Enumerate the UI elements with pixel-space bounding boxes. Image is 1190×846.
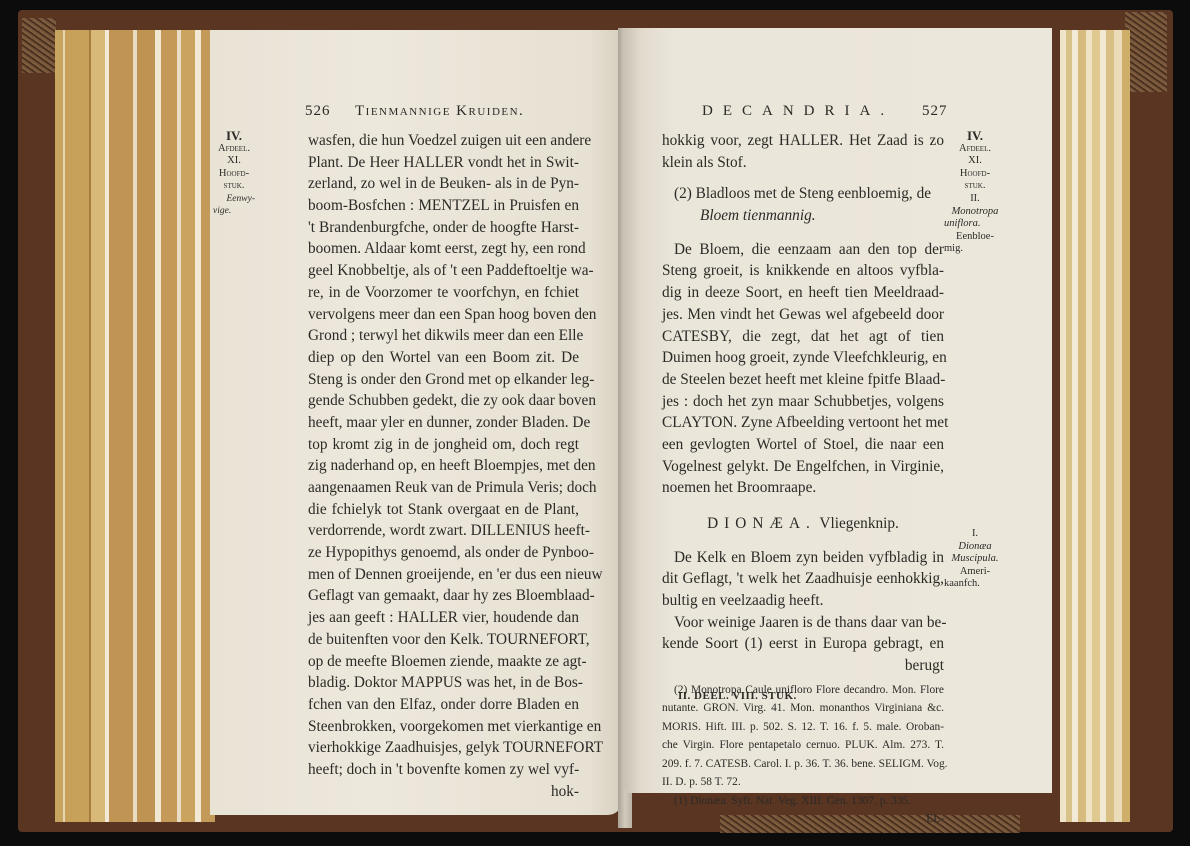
right-body-text: hokkig voor, zegt HALLER. Het Zaad is zo… (662, 130, 944, 829)
text-line: zig naderhand op, en heeft Bloempjes, me… (308, 455, 579, 477)
footnote-1: (1) Dionæa. Syft. Nat. Veg. XIII. Gen. 1… (662, 792, 944, 811)
margin-species: Eenwy- (213, 193, 255, 206)
text-line: een gevlogten Wortel of Stoel, die naar … (662, 434, 944, 456)
worn-cover-corner-top-right (1125, 12, 1167, 92)
text-line: diep op den Wortel van een Boom zit. De (308, 347, 579, 369)
text-line: boomen. Aldaar komt eerst, zegt hy, een … (308, 238, 579, 260)
genus-heading: DIONÆA. Vliegenknip. (662, 513, 944, 535)
text-line: wasfen, die hun Voedzel zuigen uit een a… (308, 130, 579, 152)
text-line: ze Hypopithys genoemd, als onder de Pynb… (308, 542, 579, 564)
text-line: Geflagt van gemaakt, daar hy zes Bloembl… (308, 585, 579, 607)
catchword: hok- (308, 781, 579, 803)
text-line: gende Schubben gedekt, die zy ook daar b… (308, 390, 579, 412)
text-line: de buitenften voor den Kelk. TOURNEFORT, (308, 629, 579, 651)
text-line: de Steelen bezet heeft met kleine fpitfe… (662, 369, 944, 391)
footnote-line: II. D. p. 58 T. 72. (662, 773, 944, 792)
margin-species-epithet: Muscipula. (944, 553, 1006, 566)
text-line: CLAYTON. Zyne Afbeelding vertoont het me… (662, 412, 944, 434)
margin-species-number: I. (944, 528, 1006, 541)
left-body-text: wasfen, die hun Voedzel zuigen uit een a… (308, 130, 579, 802)
margin-division: Afdeel. (213, 143, 255, 156)
text-line: Steng is onder den Grond met op elkander… (308, 369, 579, 391)
text-line: bladig. Doktor MAPPUS was het, in de Bos… (308, 672, 579, 694)
text-line: top kromt zig in de jongheid om, doch re… (308, 434, 579, 456)
margin-species-genus: Monotropa (944, 206, 1006, 219)
footnote-line: 209. f. 7. CATESB. Carol. I. p. 36. T. 3… (662, 755, 944, 774)
catchword: EL- (662, 810, 944, 829)
text-line: zerland, zo wel in de Beuken- als in de … (308, 173, 579, 195)
text-line: dit Geflagt, 't welk het Zaadhuisje eenh… (662, 568, 944, 590)
text-line: De Bloem, die eenzaam aan den top der (662, 239, 944, 261)
text-line: kende Soort (1) eerst in Europa gebragt,… (662, 633, 944, 655)
right-margin-note-species: II. Monotropa uniflora. Eenbloe- mig. (944, 193, 1006, 256)
left-margin-note: IV. Afdeel. XI. Hoofd- stuk. Eenwy- vige… (213, 130, 255, 218)
text-line: geel Knobbeltje, als of 't een Paddeftoe… (308, 260, 579, 282)
text-line: boom-Bosfchen : MENTZEL in Pruisfen en (308, 195, 579, 217)
margin-chapter-number: XI. (944, 155, 1006, 168)
text-line: fchen van den Elfaz, onder dorre Bladen … (308, 694, 579, 716)
worn-cover-corner-top-left (22, 18, 56, 73)
text-line: 't Brandenburgfche, onder de hoogfte Har… (308, 217, 579, 239)
text-line: bultig en veelzaadig heeft. (662, 590, 944, 612)
margin-species-cont: vige. (213, 205, 255, 218)
genus-name: DIONÆA. (707, 515, 816, 532)
text-line: CATESBY, die zegt, dat het agt of tien (662, 326, 944, 348)
text-line: dig in deeze Soort, en heeft tien Meeldr… (662, 282, 944, 304)
right-running-head: DECANDRIA. (702, 103, 894, 120)
species-heading: (2) Bladloos met de Steng eenbloemig, de (662, 183, 944, 205)
left-page-number: 526 (305, 103, 331, 120)
text-line: op de meefte Bloemen ziende, maakte ze a… (308, 651, 579, 673)
left-running-head: Tienmannige Kruiden. (355, 103, 524, 120)
page-edges-left (55, 30, 215, 822)
right-margin-note-top: IV. Afdeel. XI. Hoofd- stuk. (944, 130, 1006, 193)
text-line: heeft; doch in 't bovenfte komen zy wel … (308, 759, 579, 781)
text-line: hokkig voor, zegt HALLER. Het Zaad is zo (662, 130, 944, 152)
margin-chapter: Hoofd- (213, 168, 255, 181)
text-line: Steng groeit, is knikkende en altoos vyf… (662, 260, 944, 282)
footnote-line: MORIS. Hift. III. p. 502. S. 12. T. 16. … (662, 718, 944, 737)
text-line: Grond ; terwyl het dikwils meer dan een … (308, 325, 579, 347)
text-line: die fchielyk tot Stank overgaat en de Pl… (308, 499, 579, 521)
margin-species-dutch: Eenbloe- (944, 231, 1006, 244)
footnote-line: che Virgin. Flore pentapetalo cernuo. PL… (662, 736, 944, 755)
margin-species-dutch-cont: mig. (944, 243, 1006, 256)
text-line: vervolgens meer dan een Span hoog boven … (308, 304, 579, 326)
margin-species-number: II. (944, 193, 1006, 206)
text-line: noemen het Broomraape. (662, 477, 944, 499)
text-line: De Kelk en Bloem zyn beiden vyfbladig in (662, 547, 944, 569)
margin-chapter: Hoofd- (944, 168, 1006, 181)
margin-species-dutch: Ameri- (944, 566, 1006, 579)
species-heading-cont: Bloem tienmannig. (662, 205, 944, 227)
margin-part: IV. (213, 130, 255, 143)
margin-species-epithet: uniflora. (944, 218, 1006, 231)
margin-species-dutch-cont: kaanfch. (944, 578, 1006, 591)
text-line: Steenbrokken, voorgekomen met vierkantig… (308, 716, 579, 738)
margin-species-genus: Dionæa (944, 541, 1006, 554)
text-line: re, in de Voorzomer te voorfchyn, en fch… (308, 282, 579, 304)
text-line: Vogelnest gelykt. De Engelfchen, in Virg… (662, 456, 944, 478)
text-line: berugt (662, 655, 944, 677)
text-line: Duimen hoog groeit, zynde Vleefchkleurig… (662, 347, 944, 369)
margin-chapter-number: XI. (213, 155, 255, 168)
text-line: heeft, maar yler en dunner, zonder Blade… (308, 412, 579, 434)
text-line: klein als Stof. (662, 152, 944, 174)
genus-common-name: Vliegenknip. (819, 515, 898, 532)
signature-mark: II. DEEL. VIII. STUK. (678, 690, 797, 702)
text-line: Voor weinige Jaaren is de thans daar van… (662, 612, 944, 634)
text-line: jes : doch het zyn maar Schubbetjes, vol… (662, 391, 944, 413)
page-edges-right (1060, 30, 1130, 822)
text-line: verdorrende, wordt zwart. DILLENIUS heef… (308, 520, 579, 542)
margin-chapter-cont: stuk. (213, 180, 255, 193)
text-line: men of Dennen groeijende, en 'er dus een… (308, 564, 579, 586)
right-margin-note-dionaea: I. Dionæa Muscipula. Ameri- kaanfch. (944, 528, 1006, 591)
text-line: jes aan geeft : HALLER vier, houdende da… (308, 607, 579, 629)
margin-chapter-cont: stuk. (944, 180, 1006, 193)
text-line: aangenaamen Reuk van de Primula Veris; d… (308, 477, 579, 499)
text-line: Plant. De Heer HALLER vondt het in Swit- (308, 152, 579, 174)
margin-division: Afdeel. (944, 143, 1006, 156)
text-line: vierhokkige Zaadhuisjes, gelyk TOURNEFOR… (308, 737, 579, 759)
footnote-line: nutante. GRON. Virg. 41. Mon. monanthos … (662, 699, 944, 718)
text-line: jes. Men vindt het Gewas wel afgebeeld d… (662, 304, 944, 326)
right-page-number: 527 (922, 103, 948, 120)
margin-part: IV. (944, 130, 1006, 143)
